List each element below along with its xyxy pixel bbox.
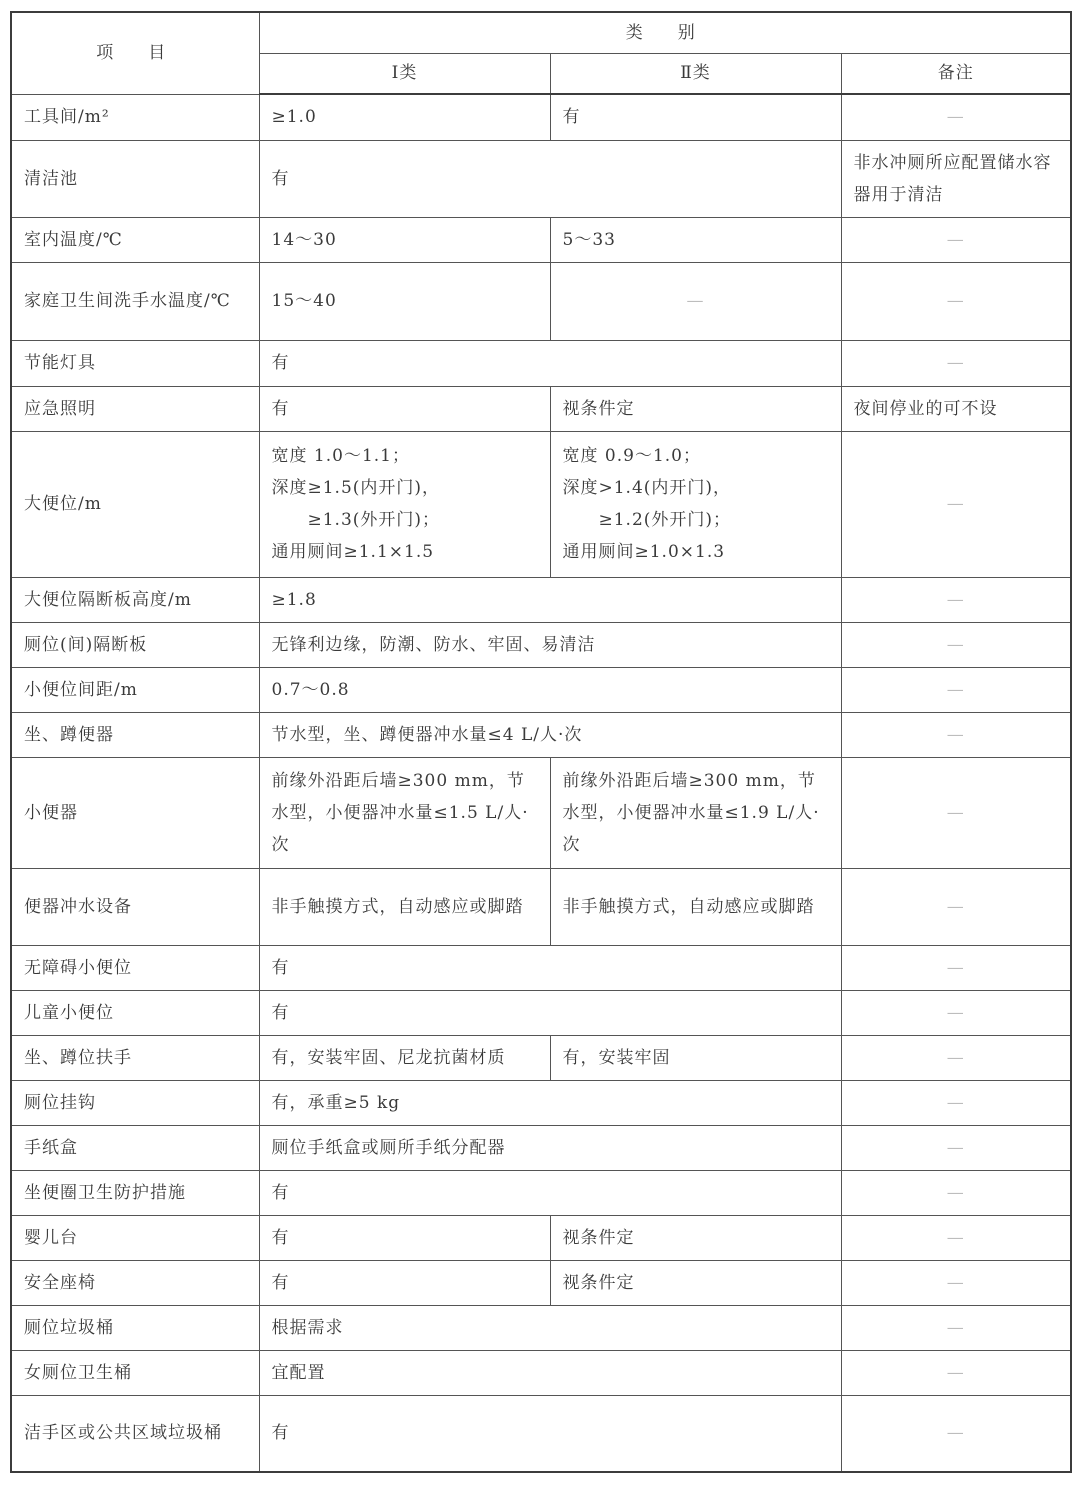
table-row: 婴儿台有视条件定— [11,1215,1071,1260]
table-row: 安全座椅有视条件定— [11,1260,1071,1305]
cell-class-2: 有，安装牢固 [550,1035,841,1080]
cell-class-1-2: 有 [259,340,841,386]
cell-item: 大便位隔断板高度/m [11,577,259,622]
cell-item: 节能灯具 [11,340,259,386]
cell-class-1-2: 有 [259,1170,841,1215]
cell-remark: — [841,1305,1071,1350]
cell-class-1: 前缘外沿距后墙≥300 mm，节水型，小便器冲水量≤1.5 L/人·次 [259,757,550,868]
cell-remark: 非水冲厕所应配置储水容器用于清洁 [841,140,1071,217]
table-row: 儿童小便位有— [11,990,1071,1035]
cell-class-1-2: 根据需求 [259,1305,841,1350]
table-row: 洁手区或公共区域垃圾桶有— [11,1395,1071,1472]
table-row: 厕位(间)隔断板无锋利边缘，防潮、防水、牢固、易清洁— [11,622,1071,667]
cell-class-1-2: 有，承重≥5 kg [259,1080,841,1125]
cell-remark: — [841,262,1071,340]
cell-class-1-2: 有 [259,140,841,217]
cell-item: 坐便圈卫生防护措施 [11,1170,259,1215]
cell-remark: — [841,431,1071,577]
cell-item: 大便位/m [11,431,259,577]
cell-remark: — [841,217,1071,262]
table-row: 手纸盒厕位手纸盒或厕所手纸分配器— [11,1125,1071,1170]
cell-remark: — [841,1260,1071,1305]
cell-item: 厕位挂钩 [11,1080,259,1125]
cell-class-1: 有，安装牢固、尼龙抗菌材质 [259,1035,550,1080]
cell-remark: 夜间停业的可不设 [841,386,1071,431]
cell-item: 便器冲水设备 [11,868,259,945]
cell-remark: — [841,868,1071,945]
cell-remark: — [841,1395,1071,1472]
table-row: 节能灯具有— [11,340,1071,386]
cell-item: 女厕位卫生桶 [11,1350,259,1395]
toilet-requirements-table: 项 目 类 别 Ⅰ类 Ⅱ类 备注 工具间/m²≥1.0有—清洁池有非水冲厕所应配… [10,11,1072,1473]
cell-class-1: ≥1.0 [259,94,550,140]
cell-item: 手纸盒 [11,1125,259,1170]
cell-item: 婴儿台 [11,1215,259,1260]
table-row: 无障碍小便位有— [11,945,1071,990]
table-row: 小便位间距/m0.7～0.8— [11,667,1071,712]
cell-class-1-2: ≥1.8 [259,577,841,622]
table-row: 室内温度/℃14～305～33— [11,217,1071,262]
cell-remark: — [841,1080,1071,1125]
cell-class-1-2: 0.7～0.8 [259,667,841,712]
cell-class-1: 有 [259,1260,550,1305]
cell-item: 小便器 [11,757,259,868]
cell-class-1-2: 无锋利边缘，防潮、防水、牢固、易清洁 [259,622,841,667]
cell-remark: — [841,945,1071,990]
cell-item: 坐、蹲便器 [11,712,259,757]
cell-class-1-2: 有 [259,1395,841,1472]
cell-remark: — [841,94,1071,140]
table-row: 大便位/m宽度 1.0～1.1； 深度≥1.5(内开门)， ≥1.3(外开门)；… [11,431,1071,577]
table-row: 应急照明有视条件定夜间停业的可不设 [11,386,1071,431]
cell-item: 厕位垃圾桶 [11,1305,259,1350]
cell-item: 工具间/m² [11,94,259,140]
cell-class-2: 前缘外沿距后墙≥300 mm，节水型，小便器冲水量≤1.9 L/人·次 [550,757,841,868]
cell-item: 应急照明 [11,386,259,431]
cell-class-2: 5～33 [550,217,841,262]
cell-item: 家庭卫生间洗手水温度/℃ [11,262,259,340]
cell-remark: — [841,712,1071,757]
table-row: 大便位隔断板高度/m≥1.8— [11,577,1071,622]
table-row: 清洁池有非水冲厕所应配置储水容器用于清洁 [11,140,1071,217]
cell-class-1-2: 厕位手纸盒或厕所手纸分配器 [259,1125,841,1170]
cell-remark: — [841,990,1071,1035]
cell-remark: — [841,340,1071,386]
cell-remark: — [841,1125,1071,1170]
cell-class-2: 非手触摸方式，自动感应或脚踏 [550,868,841,945]
cell-remark: — [841,1350,1071,1395]
header-class-2: Ⅱ类 [550,53,841,94]
cell-class-1: 有 [259,1215,550,1260]
cell-class-2: — [550,262,841,340]
cell-remark: — [841,757,1071,868]
cell-remark: — [841,1170,1071,1215]
table-row: 家庭卫生间洗手水温度/℃15～40—— [11,262,1071,340]
cell-item: 洁手区或公共区域垃圾桶 [11,1395,259,1472]
table-row: 坐便圈卫生防护措施有— [11,1170,1071,1215]
cell-remark: — [841,577,1071,622]
cell-item: 无障碍小便位 [11,945,259,990]
table-row: 厕位挂钩有，承重≥5 kg— [11,1080,1071,1125]
cell-item: 坐、蹲位扶手 [11,1035,259,1080]
table-row: 坐、蹲便器节水型，坐、蹲便器冲水量≤4 L/人·次— [11,712,1071,757]
cell-class-1: 15～40 [259,262,550,340]
table-row: 女厕位卫生桶宜配置— [11,1350,1071,1395]
cell-class-1-2: 有 [259,945,841,990]
table-row: 便器冲水设备非手触摸方式，自动感应或脚踏非手触摸方式，自动感应或脚踏— [11,868,1071,945]
cell-class-2: 有 [550,94,841,140]
cell-item: 室内温度/℃ [11,217,259,262]
cell-class-2: 视条件定 [550,1215,841,1260]
cell-item: 儿童小便位 [11,990,259,1035]
cell-item: 厕位(间)隔断板 [11,622,259,667]
cell-item: 安全座椅 [11,1260,259,1305]
cell-remark: — [841,1215,1071,1260]
cell-class-2: 宽度 0.9～1.0； 深度>1.4(内开门)， ≥1.2(外开门)； 通用厕间… [550,431,841,577]
cell-item: 清洁池 [11,140,259,217]
header-category: 类 别 [259,12,1071,53]
cell-class-1: 非手触摸方式，自动感应或脚踏 [259,868,550,945]
cell-remark: — [841,667,1071,712]
cell-class-1-2: 节水型，坐、蹲便器冲水量≤4 L/人·次 [259,712,841,757]
table-row: 工具间/m²≥1.0有— [11,94,1071,140]
header-remarks: 备注 [841,53,1071,94]
cell-class-2: 视条件定 [550,386,841,431]
cell-class-2: 视条件定 [550,1260,841,1305]
cell-class-1: 14～30 [259,217,550,262]
cell-class-1: 有 [259,386,550,431]
table-row: 小便器前缘外沿距后墙≥300 mm，节水型，小便器冲水量≤1.5 L/人·次前缘… [11,757,1071,868]
header-class-1: Ⅰ类 [259,53,550,94]
header-item: 项 目 [11,12,259,94]
cell-class-1: 宽度 1.0～1.1； 深度≥1.5(内开门)， ≥1.3(外开门)； 通用厕间… [259,431,550,577]
cell-class-1-2: 有 [259,990,841,1035]
cell-class-1-2: 宜配置 [259,1350,841,1395]
table-row: 坐、蹲位扶手有，安装牢固、尼龙抗菌材质有，安装牢固— [11,1035,1071,1080]
table-row: 厕位垃圾桶根据需求— [11,1305,1071,1350]
cell-remark: — [841,1035,1071,1080]
cell-item: 小便位间距/m [11,667,259,712]
cell-remark: — [841,622,1071,667]
table-body: 工具间/m²≥1.0有—清洁池有非水冲厕所应配置储水容器用于清洁室内温度/℃14… [11,94,1071,1472]
